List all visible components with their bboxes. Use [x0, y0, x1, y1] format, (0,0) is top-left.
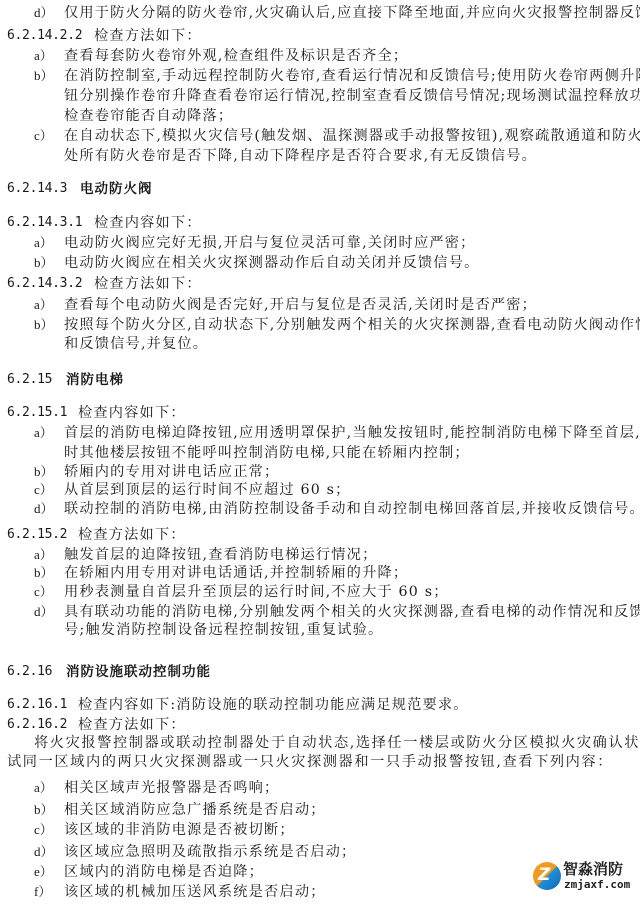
- list-item-text: 具有联动功能的消防电梯,分别触发两个相关的火灾探测器,查看电梯的动作情况和反馈信: [64, 602, 640, 622]
- paragraph-text: 试同一区域内的两只火灾探测器或一只火灾探测器和一只手动报警按钮,查看下列内容：: [7, 752, 613, 772]
- watermark-name: 智淼消防: [563, 858, 623, 879]
- section-title: 消防设施联动控制功能: [66, 662, 211, 682]
- list-item-label: d）: [34, 842, 54, 862]
- list-item-label: f）: [34, 882, 51, 902]
- list-item-label: b）: [34, 315, 54, 335]
- list-item-label: a）: [34, 295, 53, 315]
- list-item-label: a）: [34, 46, 53, 66]
- list-item-label: e）: [34, 862, 53, 882]
- list-item-text: 相关区域消防应急广播系统是否启动；: [64, 800, 326, 820]
- list-item-label: b）: [34, 462, 54, 482]
- list-item-text: 号;触发消防控制设备远程控制按钮,重复试验。: [64, 620, 383, 640]
- clause-text: 检查内容如下:消防设施的联动控制功能应满足规范要求。: [78, 695, 469, 715]
- clause-number: 6.2.15.2: [7, 525, 67, 545]
- clause-number: 6.2.15.1: [7, 403, 67, 423]
- list-item-text: 仅用于防火分隔的防火卷帘,火灾确认后,应直接下降至地面,并应向火灾报警控制器反馈…: [64, 3, 640, 23]
- list-item-text: 相关区域声光报警器是否鸣响；: [64, 778, 279, 798]
- clause-number: 6.2.14.3.1: [7, 213, 82, 233]
- list-item-text: 该区域应急照明及疏散指示系统是否启动；: [64, 842, 356, 862]
- list-item-text: 电动防火阀应在相关火灾探测器动作后自动关闭并反馈信号。: [64, 253, 479, 273]
- list-item-text: 首层的消防电梯迫降按钮,应用透明罩保护,当触发按钮时,能控制消防电梯下降至首层,…: [64, 423, 640, 443]
- list-item-text: 从首层到顶层的运行时间不应超过 60 s；: [64, 480, 351, 500]
- list-item-text: 时其他楼层按钮不能呼叫控制消防电梯,只能在轿厢内控制；: [64, 443, 470, 463]
- list-item-text: 查看每个电动防火阀是否完好,开启与复位是否灵活,关闭时是否严密；: [64, 295, 537, 315]
- clause-number: 6.2.14.2.2: [7, 26, 82, 46]
- clause-text: 检查方法如下：: [78, 715, 186, 735]
- list-item-text: 处所有防火卷帘是否下降,自动下降程序是否符合要求,有无反馈信号。: [64, 146, 537, 166]
- list-item-text: 在自动状态下,模拟火灾信号(触发烟、温探测器或手动报警按钮),观察疏散通道和防火…: [64, 126, 640, 146]
- list-item-text: 用秒表测量自首层升至顶层的运行时间,不应大于 60 s；: [64, 582, 449, 602]
- section-title: 电动防火阀: [80, 179, 153, 199]
- list-item-label: a）: [34, 778, 53, 798]
- list-item-text: 联动控制的消防电梯,由消防控制设备手动和自动控制电梯回落首层,并接收反馈信号。: [64, 499, 640, 519]
- clause-number: 6.2.16: [7, 662, 52, 682]
- list-item-label: c）: [34, 820, 53, 840]
- list-item-text: 该区域的非消防电源是否被切断；: [64, 820, 295, 840]
- list-item-label: c）: [34, 126, 53, 146]
- list-item-label: a）: [34, 233, 53, 253]
- list-item-text: 钮分别操作卷帘升降查看卷帘运行情况,控制室查看反馈信号情况;现场测试温控释放功能…: [64, 86, 640, 106]
- list-item-text: 和反馈信号,并复位。: [64, 334, 208, 354]
- list-item-text: 在消防控制室,手动远程控制防火卷帘,查看运行情况和反馈信号;使用防火卷帘两侧升降…: [64, 66, 640, 86]
- list-item-text: 电动防火阀应完好无损,开启与复位灵活可靠,关闭时应严密；: [64, 233, 476, 253]
- clause-number: 6.2.14.3: [7, 179, 67, 199]
- zmjaxf-logo-icon: Z: [533, 862, 561, 890]
- list-item-label: d）: [34, 3, 54, 23]
- list-item-text: 区域内的消防电梯是否迫降；: [64, 862, 264, 882]
- clause-text: 检查方法如下：: [78, 525, 186, 545]
- list-item-label: b）: [34, 66, 54, 86]
- clause-text: 检查内容如下：: [94, 213, 202, 233]
- clause-text: 检查方法如下：: [94, 26, 202, 46]
- list-item-label: c）: [34, 582, 53, 602]
- list-item-label: a）: [34, 545, 53, 565]
- list-item-text: 查看每套防火卷帘外观,检查组件及标识是否齐全；: [64, 46, 408, 66]
- clause-number: 6.2.15: [7, 370, 52, 390]
- list-item-text: 检查卷帘能否自动降落；: [64, 106, 233, 126]
- list-item-text: 在轿厢内用专用对讲电话通话,并控制轿厢的升降；: [64, 563, 408, 583]
- list-item-text: 该区域的机械加压送风系统是否启动；: [64, 882, 326, 902]
- list-item-text: 按照每个防火分区,自动状态下,分别触发两个相关的火灾探测器,查看电动防火阀动作情…: [64, 315, 640, 335]
- clause-number: 6.2.16.2: [7, 715, 67, 735]
- watermark-logo: Z 智淼消防 zmjaxf.com: [533, 858, 633, 898]
- clause-number: 6.2.16.1: [7, 695, 67, 715]
- list-item-label: d）: [34, 602, 54, 622]
- list-item-label: b）: [34, 563, 54, 583]
- list-item-label: b）: [34, 800, 54, 820]
- paragraph-text: 将火灾报警控制器或联动控制器处于自动状态,选择任一楼层或防火分区模拟火灾确认状态…: [34, 733, 640, 753]
- list-item-text: 轿厢内的专用对讲电话应正常；: [64, 462, 279, 482]
- list-item-label: d）: [34, 499, 54, 519]
- section-title: 消防电梯: [66, 370, 124, 390]
- clause-text: 检查内容如下：: [78, 403, 186, 423]
- list-item-label: b）: [34, 253, 54, 273]
- clause-text: 检查方法如下：: [94, 274, 202, 294]
- list-item-label: c）: [34, 480, 53, 500]
- list-item-label: a）: [34, 423, 53, 443]
- list-item-text: 触发首层的迫降按钮,查看消防电梯运行情况；: [64, 545, 377, 565]
- clause-number: 6.2.14.3.2: [7, 274, 82, 294]
- watermark-url: zmjaxf.com: [564, 878, 630, 891]
